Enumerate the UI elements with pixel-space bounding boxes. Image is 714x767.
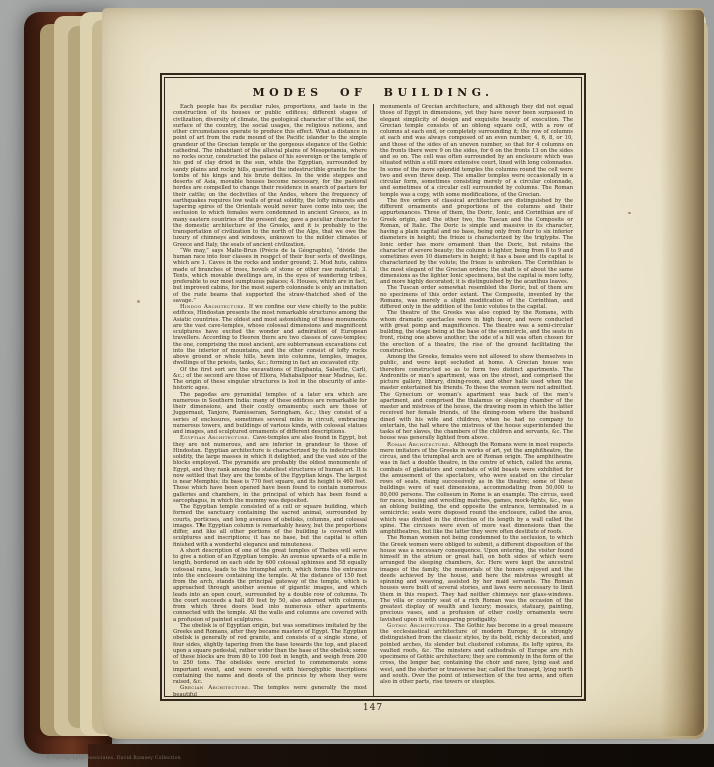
paragraph: The Egyptian temple consisted of a cell … [173,504,367,548]
paragraph: Roman Architecture. Although the Romans … [380,442,573,536]
section-heading: Gothic Architecture. [387,623,455,629]
paragraph: The Tuscan order somewhat resembled the … [380,285,573,310]
book-cover-bottom [88,744,714,767]
section-heading: Roman Architecture. [387,442,453,448]
paragraph: Hindoo Architecture. If we confine our v… [173,304,367,367]
column-right: monuments of Grecian architecture, and a… [373,104,579,697]
book-photo: MODES OF BUILDING. Each people has its p… [0,0,714,767]
paragraph: monuments of Grecian architecture, and a… [380,104,573,198]
paragraph: The pagodas are pyramidal temples of a l… [173,392,367,436]
text-block: MODES OF BUILDING. Each people has its p… [164,77,582,697]
paragraph: The Roman women not being condemned to t… [380,535,573,623]
credit-line: © Cartography Associates. David Rumsey C… [46,756,181,761]
section-heading: Hindoo Architecture. [180,304,249,310]
paragraph: Gothic Architecture. The Gothic has beco… [380,623,573,686]
paragraph: The theatre of the Greeks was also copie… [380,310,573,354]
paragraph: The obelisk is of Egyptian origin, but w… [173,623,367,686]
page-speck [628,212,631,214]
column-left: Each people has its peculiar rules, prop… [167,104,373,697]
page-speck [137,300,140,303]
section-heading: Egyptian Architecture. [180,435,253,441]
page-title: MODES OF BUILDING. [167,86,579,99]
paragraph: Each people has its peculiar rules, prop… [173,104,367,248]
paragraph: The five orders of classical architectur… [380,198,573,286]
paragraph: Egyptian Architecture. Cave-temples are … [173,435,367,504]
text-columns: Each people has its peculiar rules, prop… [167,104,579,697]
page-number: 147 [160,703,586,713]
section-heading: Grecian Architecture. [180,685,253,691]
paragraph: “We may,” says Malte-Brun (Précis de la … [173,248,367,304]
fore-edge-shadow [660,10,704,736]
paragraph: Grecian Architecture. The temples were g… [173,685,367,697]
paragraph: Of the first sort are the excavations of… [173,367,367,392]
paragraph: A short description of one of the great … [173,548,367,623]
printed-border-frame: MODES OF BUILDING. Each people has its p… [160,73,586,701]
paragraph: Among the Greeks, females were not allow… [380,354,573,442]
